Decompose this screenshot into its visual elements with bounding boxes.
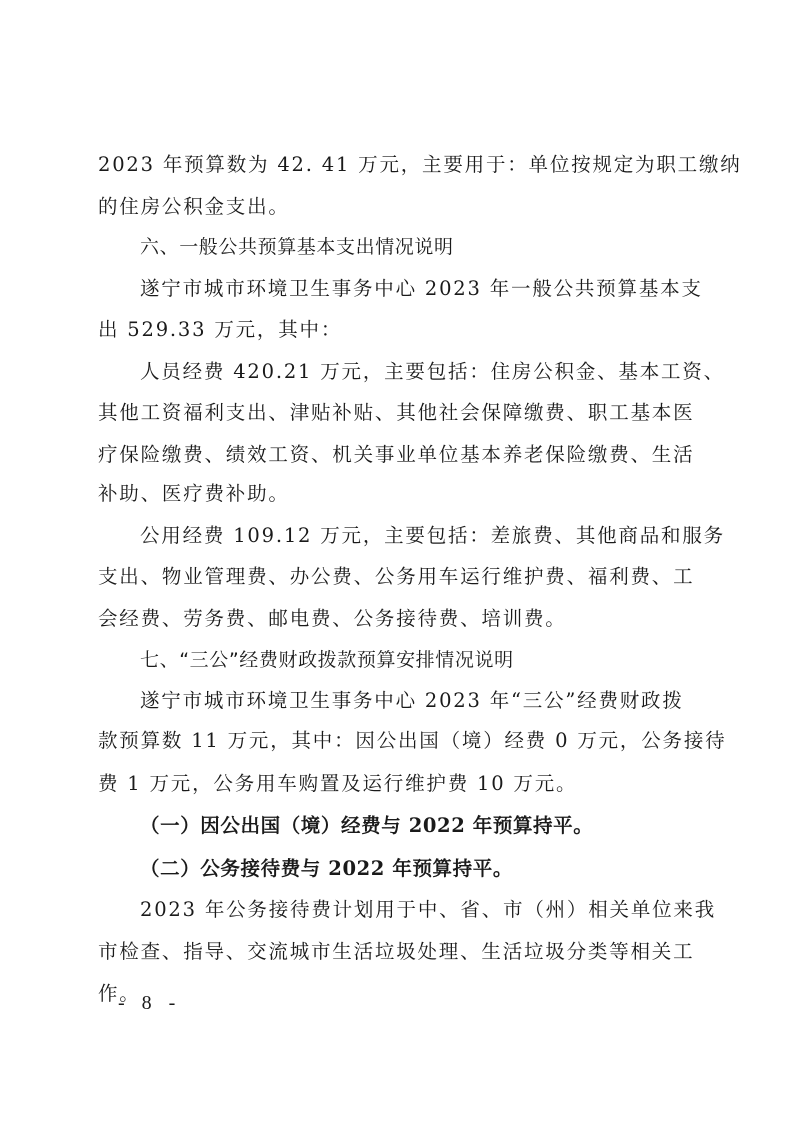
paragraph-line: 费 1 万元，公务用车购置及运行维护费 10 万元。: [98, 769, 577, 799]
paragraph-line: 疗保险缴费、绩效工资、机关事业单位基本养老保险缴费、生活: [98, 440, 694, 470]
paragraph-line: 补助、医疗费补助。: [98, 479, 290, 509]
subheading-1: （一）因公出国（境）经费与 2022 年预算持平。: [140, 811, 593, 841]
paragraph-line: 款预算数 11 万元，其中：因公出国（境）经费 0 万元，公务接待: [98, 726, 726, 756]
paragraph-line: 2023 年公务接待费计划用于中、省、市（州）相关单位来我: [140, 895, 716, 925]
section-heading-7: 七、“三公”经费财政拨款预算安排情况说明: [140, 645, 514, 675]
paragraph-line: 人员经费 420.21 万元，主要包括：住房公积金、基本工资、: [140, 357, 725, 387]
paragraph-line: 其他工资福利支出、津贴补贴、其他社会保障缴费、职工基本医: [98, 398, 694, 428]
paragraph-line: 遂宁市城市环境卫生事务中心 2023 年一般公共预算基本支: [140, 274, 703, 304]
paragraph-line: 2023 年预算数为 42. 41 万元，主要用于：单位按规定为职工缴纳: [98, 150, 742, 180]
page-number: - 8 -: [118, 992, 181, 1015]
paragraph-line: 出 529.33 万元，其中：: [98, 315, 342, 345]
subheading-2: （二）公务接待费与 2022 年预算持平。: [140, 854, 513, 884]
paragraph-line: 的住房公积金支出。: [98, 192, 290, 222]
paragraph-line: 公用经费 109.12 万元，主要包括：差旅费、其他商品和服务: [140, 521, 725, 551]
paragraph-line: 市检查、指导、交流城市生活垃圾处理、生活垃圾分类等相关工: [98, 937, 694, 967]
section-heading-6: 六、一般公共预算基本支出情况说明: [140, 232, 454, 262]
paragraph-line: 遂宁市城市环境卫生事务中心 2023 年“三公”经费财政拨: [140, 686, 684, 716]
paragraph-line: 支出、物业管理费、办公费、公务用车运行维护费、福利费、工: [98, 562, 694, 592]
paragraph-line: 会经费、劳务费、邮电费、公务接待费、培训费。: [98, 604, 567, 634]
